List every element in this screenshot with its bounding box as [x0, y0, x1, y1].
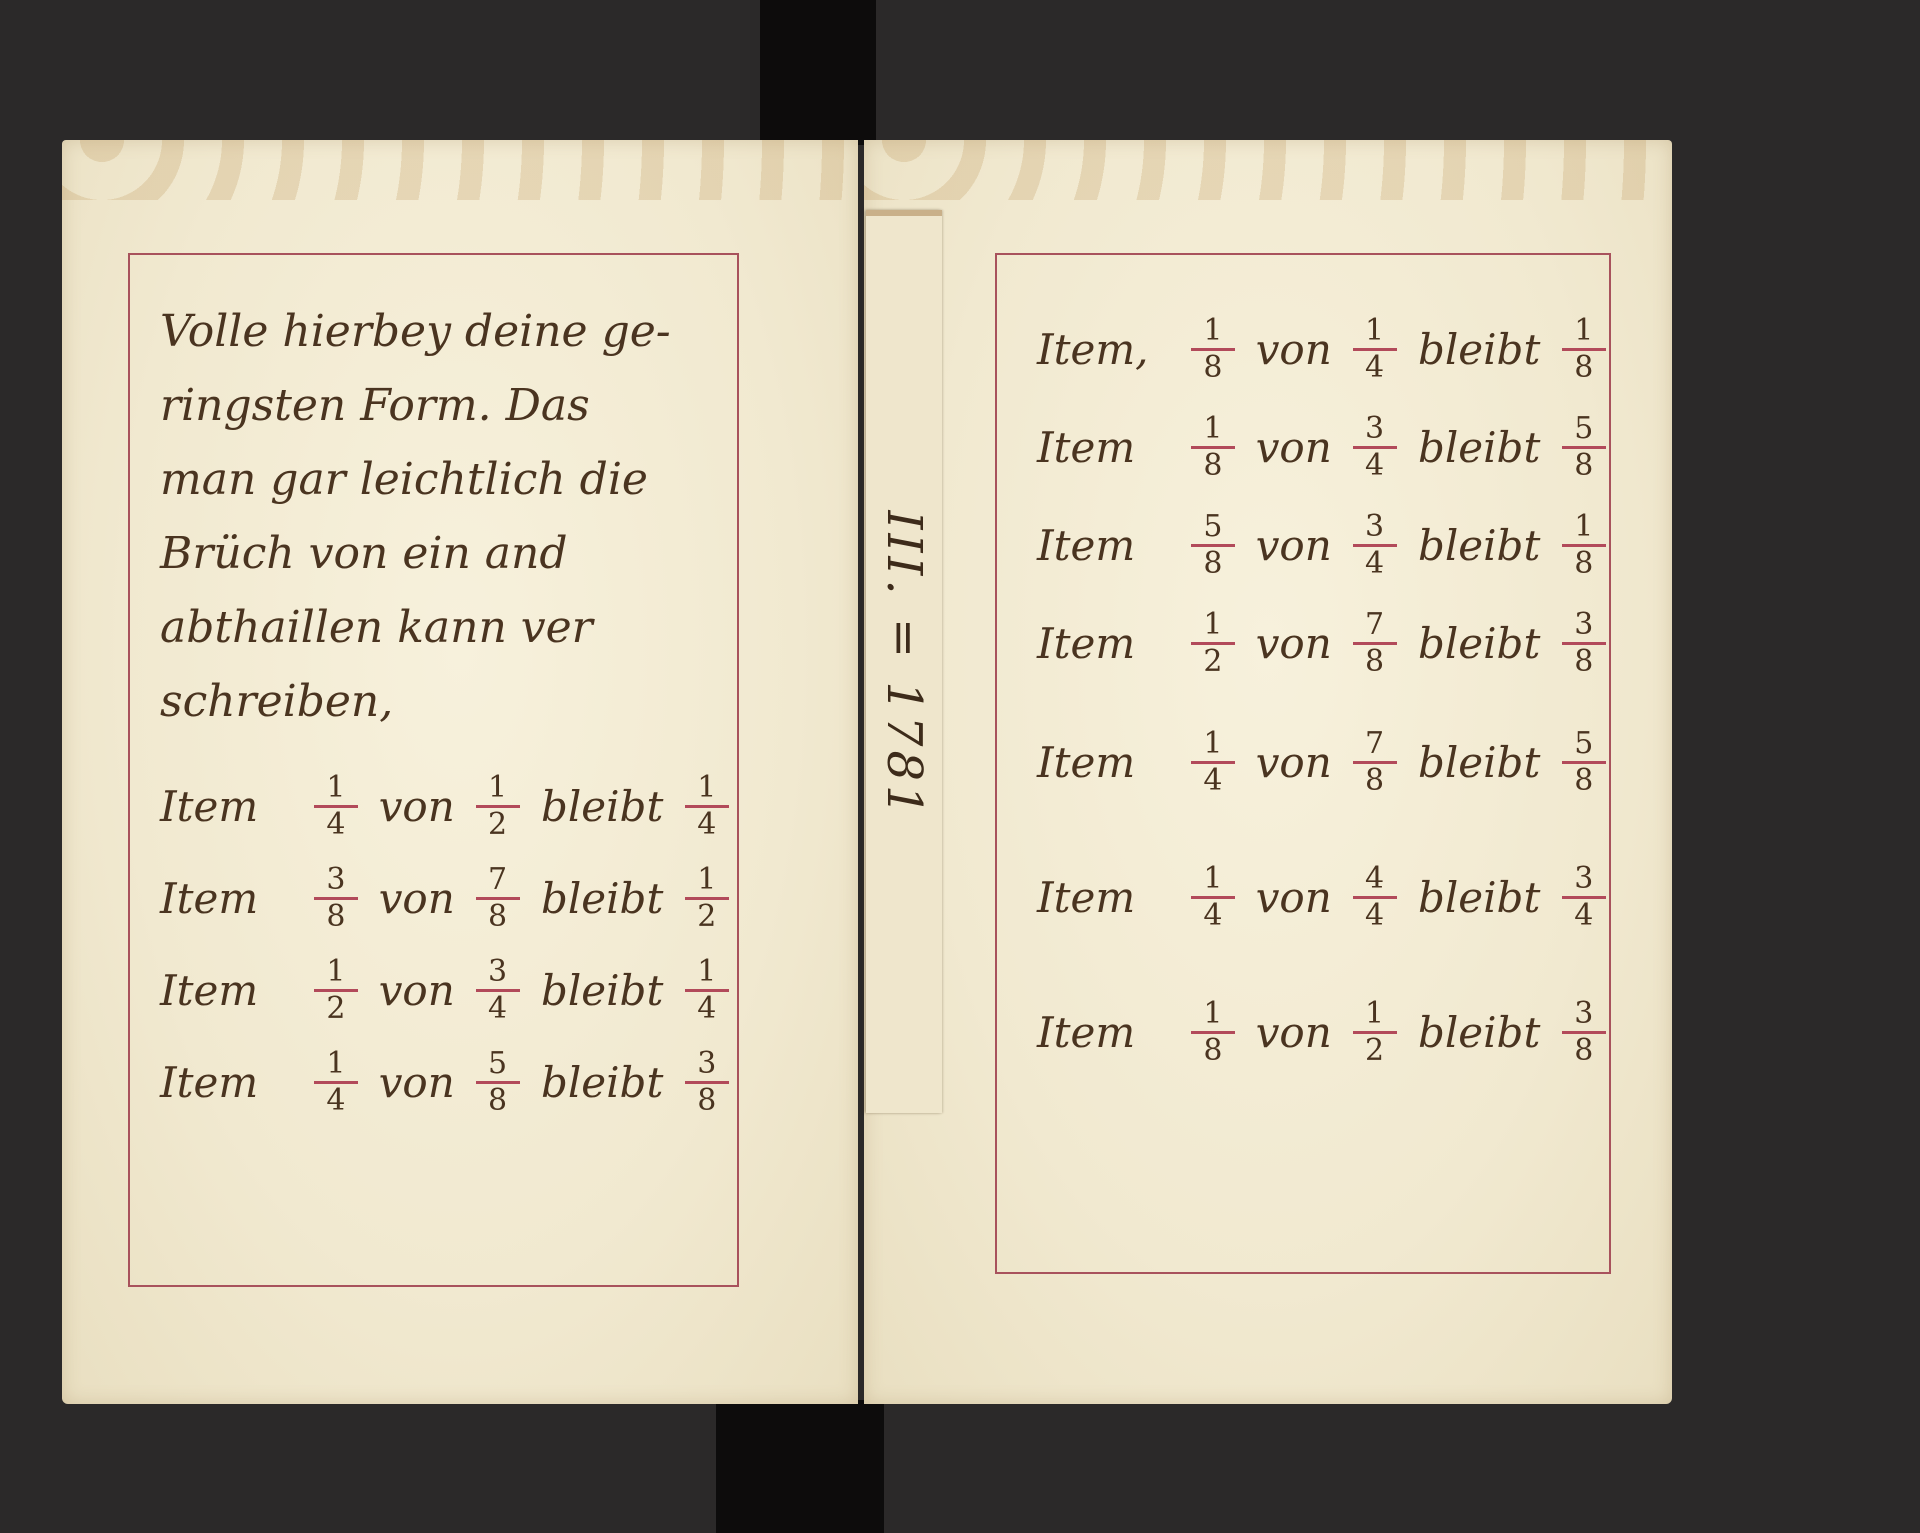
denominator: 4	[326, 1085, 345, 1117]
denominator: 4	[326, 809, 345, 841]
fraction-row: Item, 18 von 14 bleibt 18	[1037, 300, 1617, 398]
fraction-row: Item 14 von 58 bleibt 38	[160, 1036, 740, 1128]
item-word: Item,	[1037, 325, 1180, 374]
fraction-result: 38	[1550, 998, 1617, 1067]
prose-line: ringsten Form. Das	[160, 369, 720, 443]
denominator: 4	[697, 809, 716, 841]
von-word: von	[369, 966, 464, 1015]
fraction-result: 38	[673, 1048, 740, 1117]
denominator: 4	[697, 993, 716, 1025]
denominator: 4	[1365, 900, 1384, 932]
fraction-result: 14	[673, 956, 740, 1025]
fraction-a: 14	[1180, 863, 1247, 932]
von-word: von	[369, 782, 464, 831]
von-word: von	[1246, 873, 1341, 922]
denominator: 8	[1574, 352, 1593, 384]
left-page-border-frame: Volle hierbey deine ge- ringsten Form. D…	[128, 253, 739, 1287]
von-word: von	[1246, 1008, 1341, 1057]
fraction-row: Item 14 von 78 bleibt 58	[1037, 692, 1617, 832]
numerator: 1	[1203, 315, 1222, 347]
item-word: Item	[1037, 873, 1180, 922]
denominator: 8	[488, 901, 507, 933]
numerator: 7	[1365, 728, 1384, 760]
fraction-b: 12	[464, 772, 531, 841]
fraction-a: 18	[1180, 413, 1247, 482]
numerator: 3	[488, 956, 507, 988]
fraction-result: 18	[1550, 511, 1617, 580]
fraction-row: Item 38 von 78 bleibt 12	[160, 852, 740, 944]
fraction-a: 38	[303, 864, 370, 933]
fraction-result: 34	[1550, 863, 1617, 932]
numerator: 1	[1203, 413, 1222, 445]
numerator: 1	[326, 1048, 345, 1080]
item-word: Item	[1037, 521, 1180, 570]
denominator: 4	[488, 993, 507, 1025]
fraction-b: 58	[464, 1048, 531, 1117]
bleibt-word: bleibt	[1408, 521, 1551, 570]
denominator: 4	[1203, 765, 1222, 797]
numerator: 7	[1365, 609, 1384, 641]
denominator: 8	[1574, 1035, 1593, 1067]
denominator: 8	[1365, 646, 1384, 678]
numerator: 3	[1365, 413, 1384, 445]
item-word: Item	[1037, 1008, 1180, 1057]
intro-paragraph: Volle hierbey deine ge- ringsten Form. D…	[160, 295, 720, 739]
von-word: von	[1246, 738, 1341, 787]
item-word: Item	[1037, 738, 1180, 787]
fraction-result: 18	[1550, 315, 1617, 384]
denominator: 4	[1365, 352, 1384, 384]
fraction-a: 58	[1180, 511, 1247, 580]
von-word: von	[1246, 619, 1341, 668]
item-word: Item	[1037, 619, 1180, 668]
fraction-a: 18	[1180, 998, 1247, 1067]
right-page-border-frame: Item, 18 von 14 bleibt 18 Item 18 von 34…	[995, 253, 1611, 1274]
numerator: 1	[1203, 998, 1222, 1030]
numerator: 1	[1203, 863, 1222, 895]
numerator: 1	[488, 772, 507, 804]
fraction-result: 58	[1550, 728, 1617, 797]
bleibt-word: bleibt	[531, 966, 674, 1015]
denominator: 8	[488, 1085, 507, 1117]
bleibt-word: bleibt	[531, 874, 674, 923]
numerator: 3	[1574, 609, 1593, 641]
bleibt-word: bleibt	[531, 782, 674, 831]
scanner-top-bar	[760, 0, 876, 145]
right-page: Item, 18 von 14 bleibt 18 Item 18 von 34…	[864, 140, 1672, 1404]
denominator: 8	[1574, 548, 1593, 580]
von-word: von	[369, 874, 464, 923]
fraction-a: 14	[303, 1048, 370, 1117]
denominator: 8	[1574, 646, 1593, 678]
prose-line: Brüch von ein and	[160, 517, 720, 591]
bleibt-word: bleibt	[1408, 873, 1551, 922]
numerator: 1	[1574, 315, 1593, 347]
fraction-a: 18	[1180, 315, 1247, 384]
fraction-row: Item 18 von 12 bleibt 38	[1037, 962, 1617, 1102]
von-word: von	[1246, 423, 1341, 472]
fraction-row: Item 18 von 34 bleibt 58	[1037, 398, 1617, 496]
numerator: 1	[1203, 728, 1222, 760]
numerator: 1	[326, 772, 345, 804]
numerator: 3	[326, 864, 345, 896]
item-word: Item	[160, 1058, 303, 1107]
numerator: 1	[1203, 609, 1222, 641]
fraction-result: 38	[1550, 609, 1617, 678]
fraction-a: 14	[1180, 728, 1247, 797]
fraction-row: Item 14 von 44 bleibt 34	[1037, 832, 1617, 962]
item-word: Item	[160, 966, 303, 1015]
fraction-b: 12	[1341, 998, 1408, 1067]
fraction-result: 14	[673, 772, 740, 841]
denominator: 2	[326, 993, 345, 1025]
numerator: 5	[1574, 728, 1593, 760]
denominator: 8	[1574, 765, 1593, 797]
water-stains	[864, 140, 1672, 200]
numerator: 1	[1365, 315, 1384, 347]
numerator: 1	[697, 772, 716, 804]
denominator: 8	[1365, 765, 1384, 797]
item-word: Item	[160, 874, 303, 923]
denominator: 8	[1203, 450, 1222, 482]
numerator: 5	[1203, 511, 1222, 543]
left-page: Volle hierbey deine ge- ringsten Form. D…	[62, 140, 858, 1404]
denominator: 8	[1203, 548, 1222, 580]
fraction-b: 34	[1341, 511, 1408, 580]
numerator: 5	[488, 1048, 507, 1080]
bleibt-word: bleibt	[1408, 619, 1551, 668]
von-word: von	[1246, 521, 1341, 570]
denominator: 4	[1365, 450, 1384, 482]
fraction-b: 78	[1341, 728, 1408, 797]
denominator: 8	[1203, 352, 1222, 384]
fraction-row: Item 12 von 34 bleibt 14	[160, 944, 740, 1036]
numerator: 3	[697, 1048, 716, 1080]
fraction-a: 14	[303, 772, 370, 841]
fraction-result: 58	[1550, 413, 1617, 482]
denominator: 2	[488, 809, 507, 841]
left-fraction-rows: Item 14 von 12 bleibt 14 Item 38 von 78 …	[160, 760, 740, 1128]
denominator: 4	[1365, 548, 1384, 580]
numerator: 5	[1574, 413, 1593, 445]
denominator: 8	[326, 901, 345, 933]
bleibt-word: bleibt	[1408, 423, 1551, 472]
denominator: 2	[1203, 646, 1222, 678]
fraction-row: Item 12 von 78 bleibt 38	[1037, 594, 1617, 692]
prose-line: Volle hierbey deine ge-	[160, 295, 720, 369]
bleibt-word: bleibt	[531, 1058, 674, 1107]
item-word: Item	[160, 782, 303, 831]
denominator: 4	[1203, 900, 1222, 932]
prose-line: man gar leichtlich die	[160, 443, 720, 517]
von-word: von	[1246, 325, 1341, 374]
numerator: 1	[1574, 511, 1593, 543]
numerator: 1	[697, 864, 716, 896]
water-stains	[62, 140, 858, 200]
item-word: Item	[1037, 423, 1180, 472]
right-fraction-rows: Item, 18 von 14 bleibt 18 Item 18 von 34…	[1037, 300, 1617, 1102]
fraction-b: 34	[464, 956, 531, 1025]
numerator: 3	[1365, 511, 1384, 543]
numerator: 4	[1365, 863, 1384, 895]
prose-line: abthaillen kann ver	[160, 591, 720, 665]
numerator: 3	[1574, 863, 1593, 895]
denominator: 4	[1574, 900, 1593, 932]
fraction-b: 14	[1341, 315, 1408, 384]
denominator: 8	[697, 1085, 716, 1117]
denominator: 2	[1365, 1035, 1384, 1067]
fraction-result: 12	[673, 864, 740, 933]
bleibt-word: bleibt	[1408, 325, 1551, 374]
numerator: 1	[326, 956, 345, 988]
numerator: 1	[697, 956, 716, 988]
fraction-b: 44	[1341, 863, 1408, 932]
von-word: von	[369, 1058, 464, 1107]
fraction-a: 12	[1180, 609, 1247, 678]
bleibt-word: bleibt	[1408, 738, 1551, 787]
denominator: 8	[1574, 450, 1593, 482]
denominator: 8	[1203, 1035, 1222, 1067]
fraction-row: Item 58 von 34 bleibt 18	[1037, 496, 1617, 594]
numerator: 1	[1365, 998, 1384, 1030]
fraction-b: 34	[1341, 413, 1408, 482]
bleibt-word: bleibt	[1408, 1008, 1551, 1057]
gutter-paper-strip: III. = 1781	[866, 210, 942, 1113]
scanner-bottom-bar	[716, 1400, 884, 1533]
fraction-a: 12	[303, 956, 370, 1025]
numerator: 7	[488, 864, 507, 896]
strip-inscription: III. = 1781	[876, 510, 932, 819]
prose-line: schreiben,	[160, 665, 720, 739]
fraction-row: Item 14 von 12 bleibt 14	[160, 760, 740, 852]
fraction-b: 78	[1341, 609, 1408, 678]
fraction-b: 78	[464, 864, 531, 933]
denominator: 2	[697, 901, 716, 933]
numerator: 3	[1574, 998, 1593, 1030]
